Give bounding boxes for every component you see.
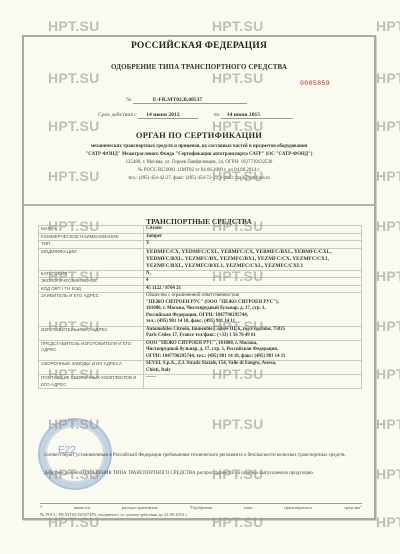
watermark: HPT.SU <box>48 70 100 86</box>
table-row: КОММЕРЧЕСКОЕ НАИМЕНОВАНИЕ Jumper <box>39 233 362 241</box>
watermark: HPT.SU <box>48 18 100 34</box>
watermark: HPT.SU <box>376 514 400 530</box>
country-title: РОССИЙСКАЯ ФЕДЕРАЦИЯ <box>22 41 376 51</box>
table-row: МОДИФИКАЦИИ YEDMFC/CX, YEDMFC/CXL, YEBMF… <box>39 248 362 270</box>
footnote-word: является <box>74 505 91 512</box>
row-value-type: Y <box>144 241 362 249</box>
row-value-representative: ООО "ПЕЖО СИТРОЕН РУС", 101000, г. Москв… <box>144 340 362 361</box>
row-label: КОД ОКП / ТН ВЭД <box>39 285 144 293</box>
conformity-text: соответствуют установленным в Российской… <box>44 452 362 459</box>
table-row: КОД ОКП / ТН ВЭД 45 1122 / 8704 21 <box>39 285 362 293</box>
number-label: № <box>126 97 131 103</box>
watermark: HPT.SU <box>48 168 100 184</box>
row-label: МОДИФИКАЦИИ <box>39 248 144 270</box>
watermark: HPT.SU <box>212 18 264 34</box>
validity-from-label: Срок действия с <box>98 112 137 118</box>
row-label: ПРЕДСТАВИТЕЛЬ ИЗГОТОВИТЕЛЯ И ЕГО АДРЕС <box>39 340 144 361</box>
watermark: HPT.SU <box>212 118 264 134</box>
watermark: HPT.SU <box>48 118 100 134</box>
watermark: HPT.SU <box>376 168 400 184</box>
watermark: HPT.SU <box>212 318 264 334</box>
watermark: HPT.SU <box>376 118 400 134</box>
watermark: HPT.SU <box>376 18 400 34</box>
watermark: HPT.SU <box>376 218 400 234</box>
footnote-word: "Одобрения <box>189 505 212 512</box>
table-row: ТИП Y <box>39 241 362 249</box>
footnote-divider <box>40 503 362 504</box>
footnote-word: средства" <box>344 505 362 512</box>
watermark: HPT.SU <box>48 514 100 530</box>
row-value-okp-code: 45 1122 / 8704 21 <box>144 285 362 293</box>
watermark: HPT.SU <box>376 466 400 482</box>
watermark: HPT.SU <box>376 318 400 334</box>
watermark: HPT.SU <box>48 218 100 234</box>
validity-from: 14 июня 2012 <box>138 112 198 119</box>
watermark: HPT.SU <box>48 366 100 382</box>
watermark: HPT.SU <box>48 318 100 334</box>
watermark: HPT.SU <box>212 416 264 432</box>
serial-number: 0005859 <box>300 80 330 87</box>
watermark: HPT.SU <box>376 268 400 284</box>
footnote-word: распространением <box>122 505 158 512</box>
watermark: HPT.SU <box>212 70 264 86</box>
watermark: HPT.SU <box>212 268 264 284</box>
watermark: HPT.SU <box>212 366 264 382</box>
approval-number-row: № E-FR.MT02.B.00537 <box>126 97 247 104</box>
row-value-modifications: YEDMFC/CX, YEDMFC/CXL, YEBMFC/CX, YEBMFC… <box>144 248 362 270</box>
cert-line-1: механических транспортных средств и приц… <box>22 143 376 151</box>
watermark: HPT.SU <box>212 218 264 234</box>
watermark: HPT.SU <box>48 416 100 432</box>
footnote-word: типа <box>244 505 253 512</box>
footnote-word: * <box>40 505 42 512</box>
watermark: HPT.SU <box>48 466 100 482</box>
row-label: ТИП <box>39 241 144 249</box>
section-divider <box>22 204 376 206</box>
table-row: ПРЕДСТАВИТЕЛЬ ИЗГОТОВИТЕЛЯ И ЕГО АДРЕС О… <box>39 340 362 361</box>
row-value-commercial-name: Jumper <box>144 233 362 241</box>
watermark: HPT.SU <box>376 70 400 86</box>
watermark: HPT.SU <box>376 416 400 432</box>
watermark: HPT.SU <box>376 366 400 382</box>
representative-line: ОГРН: 1047796295744, тел.: (495) 981 14 … <box>146 354 359 361</box>
watermark: HPT.SU <box>212 466 264 482</box>
footnote-word: транспортного <box>284 505 312 512</box>
cert-address: 125480, г. Москва, ул. Героев Панфиловце… <box>22 159 376 167</box>
watermark: HPT.SU <box>212 168 264 184</box>
row-label: КОММЕРЧЕСКОЕ НАИМЕНОВАНИЕ <box>39 233 144 241</box>
vehicle-spec-table: МАРКА Citroën КОММЕРЧЕСКОЕ НАИМЕНОВАНИЕ … <box>38 225 362 389</box>
cert-line-2: "САТР-ФОНД" Межотраслевого Фонда "Сертиф… <box>22 151 376 159</box>
watermark: HPT.SU <box>48 268 100 284</box>
watermark: HPT.SU <box>212 514 264 530</box>
approval-number: E-FR.MT02.B.00537 <box>133 97 247 104</box>
